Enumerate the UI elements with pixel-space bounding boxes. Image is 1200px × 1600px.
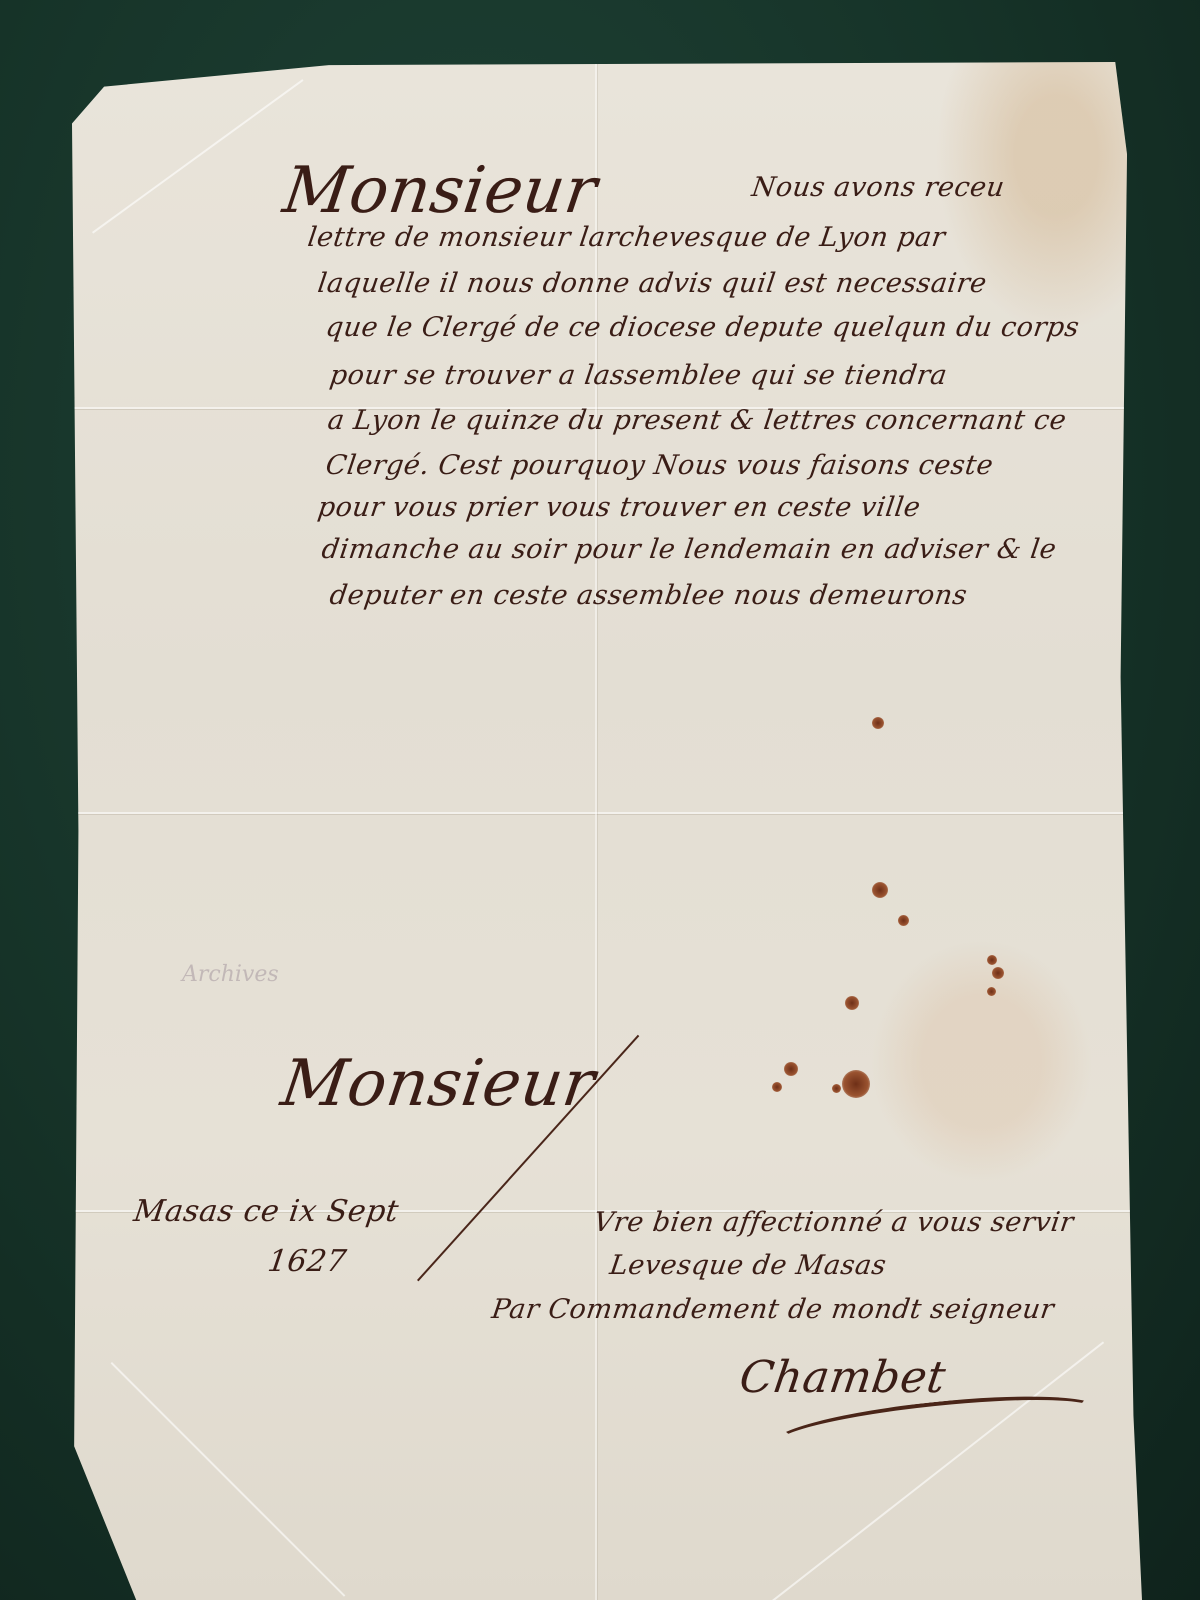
closing-line-1: Vre bien affectionné a vous servir	[592, 1207, 1076, 1238]
ink-stain	[842, 1070, 870, 1098]
place-date: Masas ce ix Sept	[132, 1194, 401, 1229]
ink-stain	[845, 996, 859, 1010]
salutation: Monsieur	[279, 154, 602, 228]
body-line-8: pour vous prier vous trouver en ceste vi…	[316, 492, 923, 523]
fold-crease	[92, 79, 304, 233]
closing-salutation: Monsieur	[277, 1047, 600, 1121]
signature: Chambet	[736, 1352, 949, 1403]
ink-stain	[987, 955, 997, 965]
body-line-1: Nous avons receu	[750, 172, 1007, 203]
ink-stain	[872, 882, 888, 898]
fold-crease	[111, 1362, 346, 1597]
body-line-6: a Lyon le quinze du present & lettres co…	[326, 405, 1069, 436]
closing-line-2: Levesque de Masas	[608, 1250, 888, 1281]
body-line-7: Clergé. Cest pourquoy Nous vous faisons …	[324, 450, 995, 481]
ink-stain	[992, 967, 1004, 979]
body-line-10: deputer en ceste assemblee nous demeuron…	[328, 580, 969, 611]
ink-stain	[872, 717, 884, 729]
faint-stamp: Archives	[182, 962, 279, 987]
body-line-4: que le Clergé de ce diocese depute quelq…	[324, 312, 1081, 343]
ink-stain	[784, 1062, 798, 1076]
body-line-3: laquelle il nous donne advis quil est ne…	[316, 268, 989, 299]
ink-stain	[898, 915, 909, 926]
closing-line-3: Par Commandement de mondt seigneur	[490, 1294, 1056, 1325]
ink-stain	[987, 987, 996, 996]
body-line-2: lettre de monsieur larchevesque de Lyon …	[306, 222, 948, 253]
manuscript-sheet: Archives Monsieur Nous avons receu lettr…	[72, 62, 1142, 1600]
body-line-5: pour se trouver a lassemblee qui se tien…	[328, 360, 949, 391]
body-line-9: dimanche au soir pour le lendemain en ad…	[320, 534, 1059, 565]
ink-stain	[832, 1084, 841, 1093]
year: 1627	[266, 1244, 349, 1279]
fold-line	[72, 812, 1142, 814]
ink-stain	[772, 1082, 782, 1092]
